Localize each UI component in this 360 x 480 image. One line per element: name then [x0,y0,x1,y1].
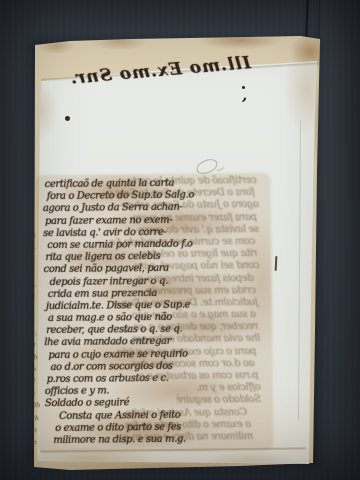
ink-dot-icon [65,116,70,121]
margin-mark: 9 [30,217,34,229]
margin-mark: th [32,412,39,424]
margin-mark: 2 [30,253,34,265]
margin-mark: f [30,192,33,204]
margin-mark: 2 [32,375,36,387]
margin-mark: p [32,436,36,448]
ink-fleck-icon [242,86,245,89]
margin-mark: g [31,339,35,351]
manuscript-line: pmilimore na disp. e sua m.g. [45,433,261,447]
margin-mark: c. [31,278,37,290]
margin-mark: 1 [30,205,34,217]
margin-mark: c [32,387,36,399]
margin-mark: p [32,424,36,436]
margin-mark: p [32,363,36,375]
manuscript-photo: Ill.mo Ex.mo Snr. , certificaõ de quinta… [0,0,360,480]
margin-mark: is [30,229,36,241]
margin-mark: d. [30,241,36,253]
manuscript-text-block: certificaõ de quinta la cartafora o Decr… [43,177,262,449]
line-text: milimore na disp. e sua m.g. [53,433,186,447]
background-shade [320,0,360,200]
margin-mark: a, [31,326,37,338]
margin-mark: g [31,290,35,302]
hanging-thread-icon [305,0,309,40]
margin-mark: j [31,302,33,314]
margin-mark: ( [30,180,33,192]
margin-mark: lb [31,351,37,363]
line-text: Soldado o seguiré [45,397,129,411]
margin-mark: a [31,314,35,326]
margin-mark: 0b [32,400,40,412]
text-block-lines: (certificaõ de quinta la cartaffora o De… [43,177,262,449]
margin-mark: r [30,266,33,278]
